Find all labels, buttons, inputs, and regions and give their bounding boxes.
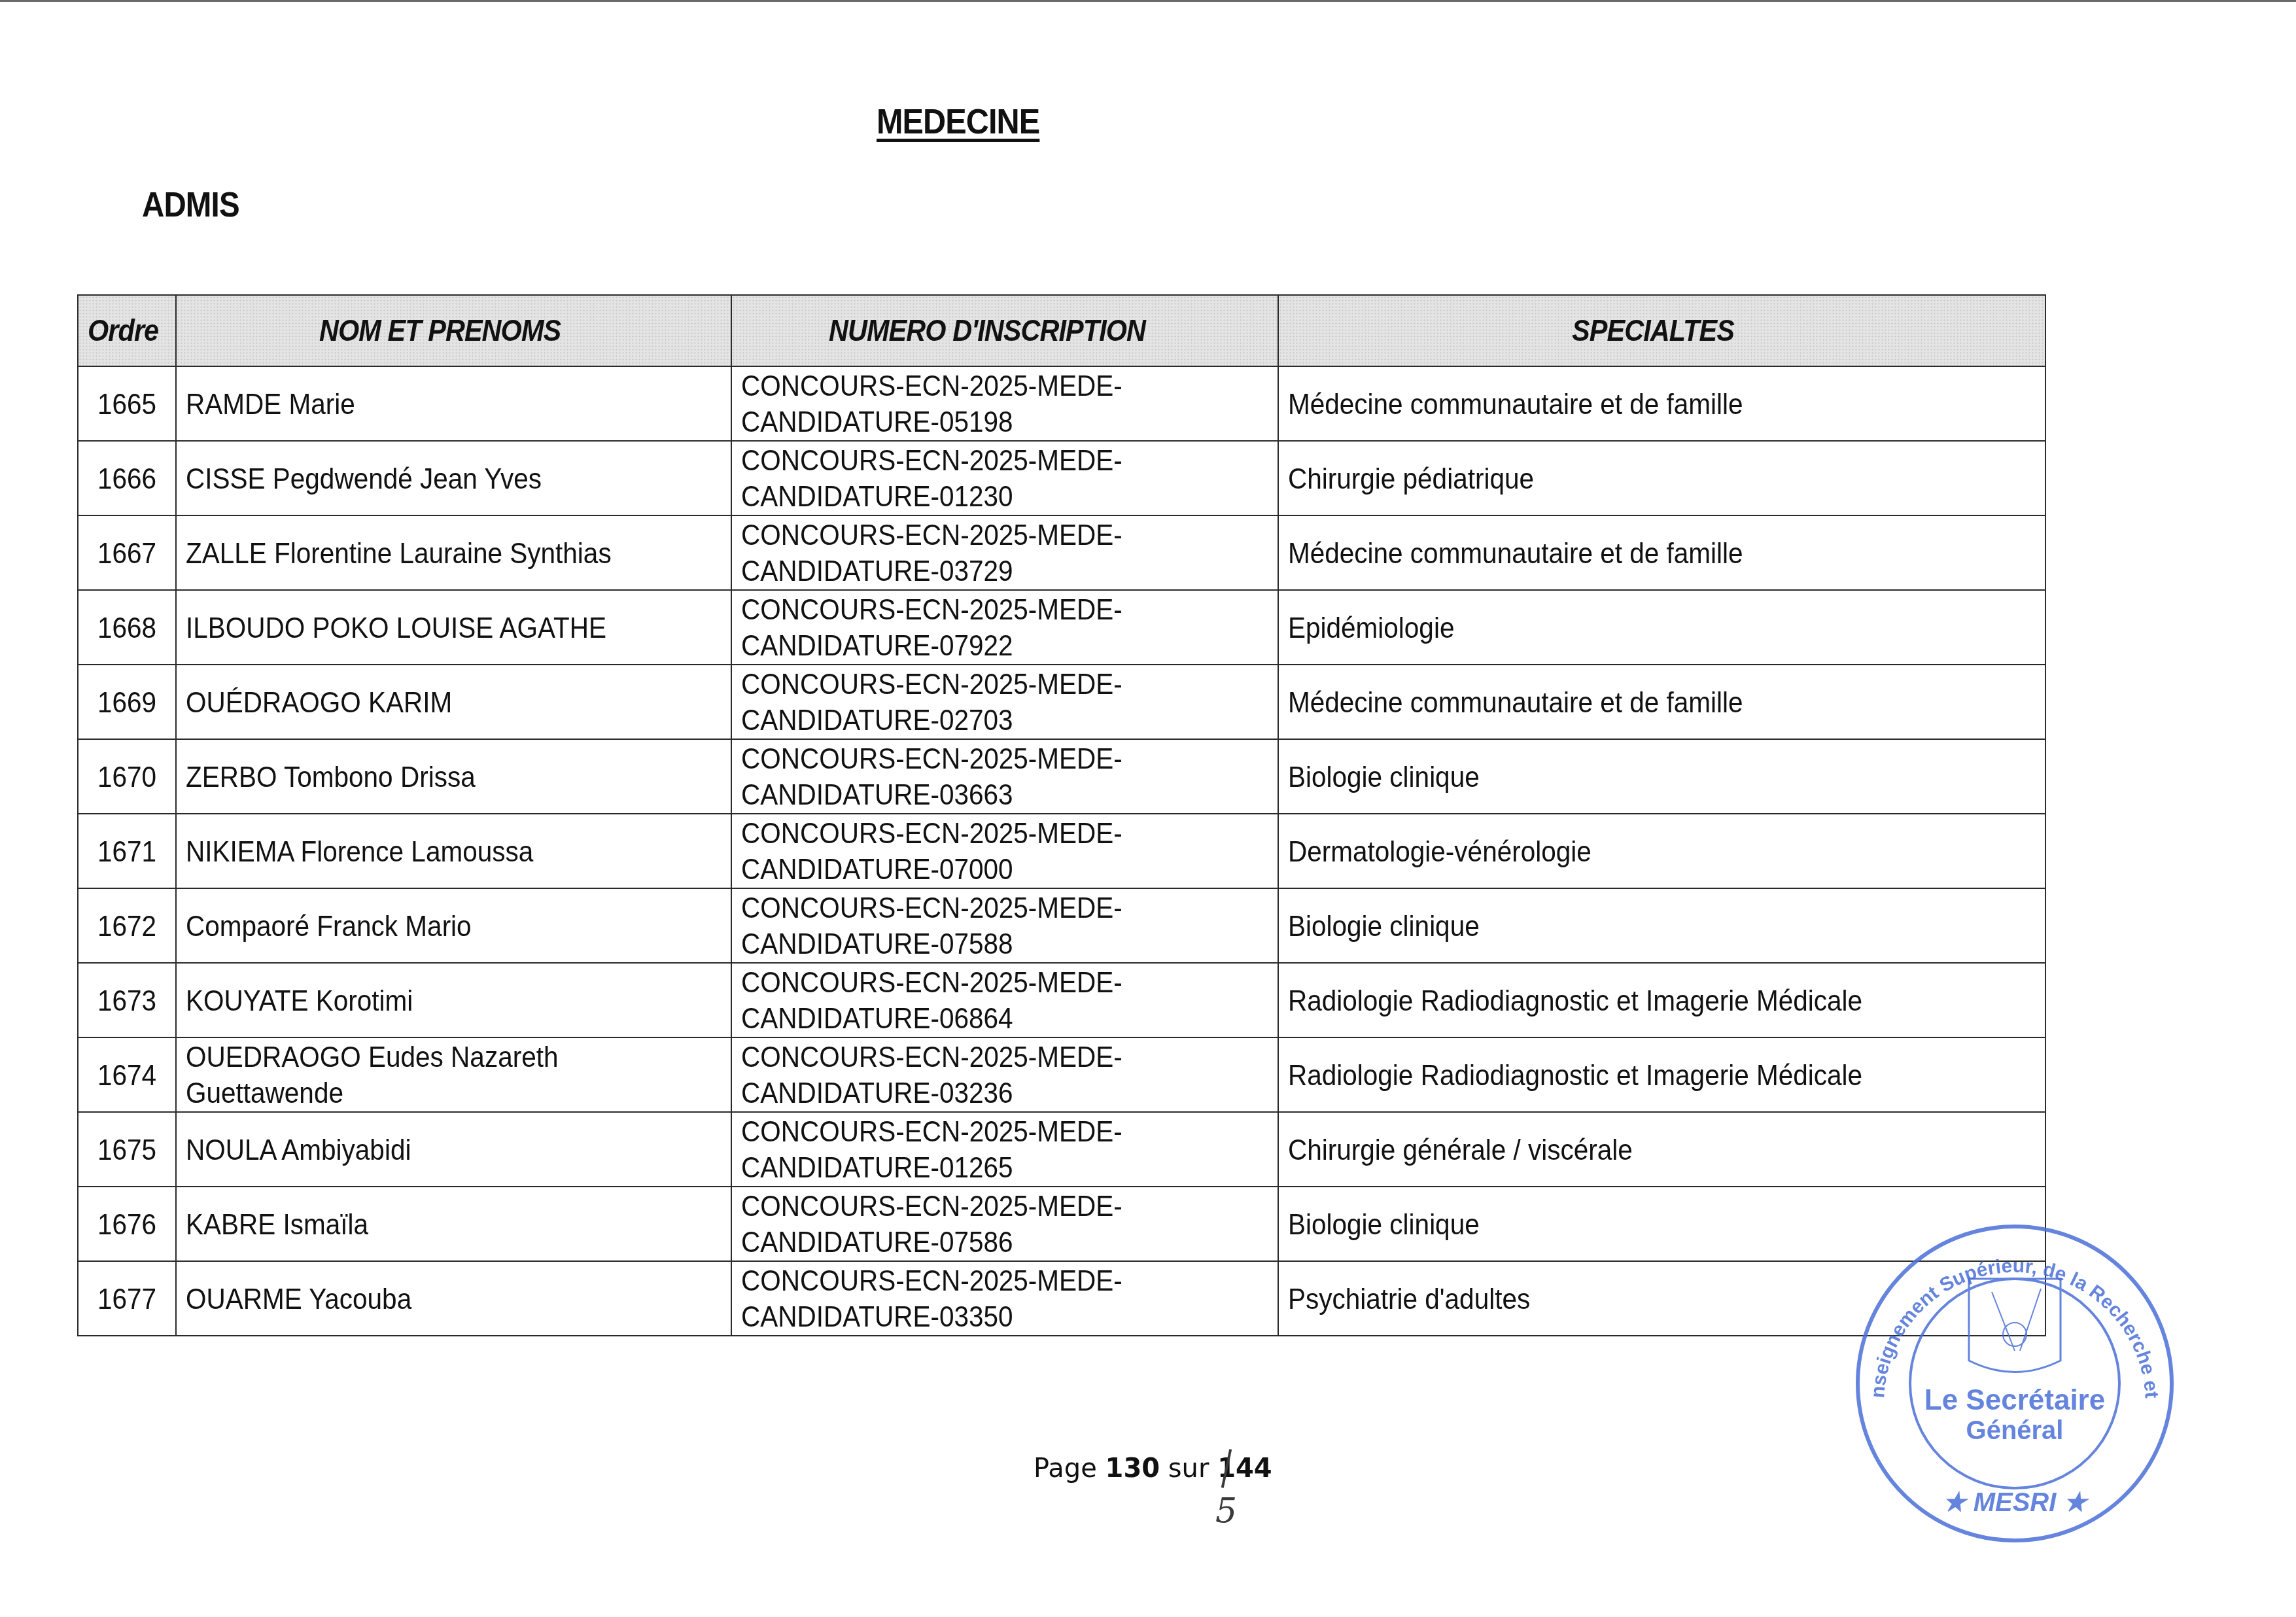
registration-number-cell: CONCOURS-ECN-2025-MEDE- CANDIDATURE-0758… xyxy=(731,888,1278,963)
candidate-name-cell: KABRE Ismaïla xyxy=(176,1187,731,1261)
table-header-row: Ordre NOM ET PRENOMS NUMERO D'INSCRIPTIO… xyxy=(78,295,2045,366)
registration-number-line2: CANDIDATURE-07000 xyxy=(741,851,1013,887)
candidate-name-cell: ZERBO Tombono Drissa xyxy=(176,739,731,814)
candidate-name-line2: Guettawende xyxy=(186,1075,343,1111)
table-row: 1672 Compaoré Franck Mario CONCOURS-ECN-… xyxy=(78,888,2045,963)
svg-text:Ministère de l'Enseignement Su: Ministère de l'Enseignement Supérieur, d… xyxy=(1845,1213,2163,1404)
specialty-cell: Médecine communautaire et de famille xyxy=(1278,366,2045,441)
svg-text:Général: Général xyxy=(1966,1416,2064,1445)
registration-number-line1: CONCOURS-ECN-2025-MEDE- xyxy=(741,964,1122,1000)
ordre-cell: 1677 xyxy=(78,1261,176,1336)
registration-number-cell: CONCOURS-ECN-2025-MEDE- CANDIDATURE-0686… xyxy=(731,963,1278,1037)
table-row: 1665 RAMDE Marie CONCOURS-ECN-2025-MEDE-… xyxy=(78,366,2045,441)
page-sep: sur xyxy=(1168,1453,1209,1484)
ordre-cell: 1668 xyxy=(78,590,176,665)
registration-number-line2: CANDIDATURE-03663 xyxy=(741,776,1013,812)
ordre-cell: 1672 xyxy=(78,888,176,963)
candidate-name: NOULA Ambiyabidi xyxy=(186,1132,411,1168)
ordre-cell: 1665 xyxy=(78,366,176,441)
specialty: Psychiatrie d'adultes xyxy=(1288,1281,1530,1317)
specialty: Chirurgie pédiatrique xyxy=(1288,461,1534,496)
table-row: 1671 NIKIEMA Florence Lamoussa CONCOURS-… xyxy=(78,814,2045,888)
ordre-cell: 1674 xyxy=(78,1037,176,1112)
specialty: Radiologie Radiodiagnostic et Imagerie M… xyxy=(1288,982,1862,1018)
specialty-cell: Biologie clinique xyxy=(1278,739,2045,814)
registration-number-line2: CANDIDATURE-03729 xyxy=(741,553,1013,589)
specialty: Epidémiologie xyxy=(1288,610,1454,646)
registration-number-cell: CONCOURS-ECN-2025-MEDE- CANDIDATURE-0270… xyxy=(731,665,1278,739)
registration-number-line2: CANDIDATURE-05198 xyxy=(741,404,1013,440)
registration-number-line2: CANDIDATURE-01230 xyxy=(741,478,1013,514)
registration-number-cell: CONCOURS-ECN-2025-MEDE- CANDIDATURE-0323… xyxy=(731,1037,1278,1112)
handwritten-correction: 5 xyxy=(1215,1491,1237,1531)
coat-of-arms-icon xyxy=(1969,1279,2061,1372)
specialty-cell: Chirurgie pédiatrique xyxy=(1278,441,2045,515)
specialty-cell: Chirurgie générale / viscérale xyxy=(1278,1112,2045,1187)
candidate-name-cell: OUEDRAOGO Eudes NazarethGuettawende xyxy=(176,1037,731,1112)
specialty: Médecine communautaire et de famille xyxy=(1288,386,1743,422)
registration-number-line1: CONCOURS-ECN-2025-MEDE- xyxy=(741,1262,1122,1298)
specialty: Radiologie Radiodiagnostic et Imagerie M… xyxy=(1288,1057,1862,1093)
registration-number-line1: CONCOURS-ECN-2025-MEDE- xyxy=(741,1188,1122,1224)
specialty-cell: Biologie clinique xyxy=(1278,888,2045,963)
official-stamp: Ministère de l'Enseignement Supérieur, d… xyxy=(1845,1213,2185,1554)
table-row: 1667 ZALLE Florentine Lauraine Synthias … xyxy=(78,515,2045,590)
candidate-name: KOUYATE Korotimi xyxy=(186,982,413,1018)
candidate-name-cell: KOUYATE Korotimi xyxy=(176,963,731,1037)
registration-number-cell: CONCOURS-ECN-2025-MEDE- CANDIDATURE-0792… xyxy=(731,590,1278,665)
admitted-candidates-table: Ordre NOM ET PRENOMS NUMERO D'INSCRIPTIO… xyxy=(77,294,2046,1336)
ordre-cell: 1667 xyxy=(78,515,176,590)
registration-number-cell: CONCOURS-ECN-2025-MEDE- CANDIDATURE-0366… xyxy=(731,739,1278,814)
registration-number-line1: CONCOURS-ECN-2025-MEDE- xyxy=(741,517,1122,553)
registration-number-line1: CONCOURS-ECN-2025-MEDE- xyxy=(741,368,1122,404)
specialty: Biologie clinique xyxy=(1288,908,1480,944)
candidate-name: ZERBO Tombono Drissa xyxy=(186,759,476,795)
table-row: 1676 KABRE Ismaïla CONCOURS-ECN-2025-MED… xyxy=(78,1187,2045,1261)
registration-number-cell: CONCOURS-ECN-2025-MEDE- CANDIDATURE-0123… xyxy=(731,441,1278,515)
document-title: MEDECINE xyxy=(877,101,1030,142)
registration-number-line2: CANDIDATURE-01265 xyxy=(741,1149,1013,1185)
registration-number-cell: CONCOURS-ECN-2025-MEDE- CANDIDATURE-0700… xyxy=(731,814,1278,888)
candidate-name: OUÉDRAOGO KARIM xyxy=(186,684,452,720)
registration-number-line2: CANDIDATURE-03236 xyxy=(741,1075,1013,1111)
header-numero-inscription: NUMERO D'INSCRIPTION xyxy=(731,295,1278,366)
ordre-cell: 1673 xyxy=(78,963,176,1037)
table-row: 1674 OUEDRAOGO Eudes NazarethGuettawende… xyxy=(78,1037,2045,1112)
candidate-name: OUARME Yacouba xyxy=(186,1281,411,1317)
candidate-name: ILBOUDO POKO LOUISE AGATHE xyxy=(186,610,606,646)
table-row: 1677 OUARME Yacouba CONCOURS-ECN-2025-ME… xyxy=(78,1261,2045,1336)
registration-number-line1: CONCOURS-ECN-2025-MEDE- xyxy=(741,591,1122,627)
registration-number-line2: CANDIDATURE-07586 xyxy=(741,1224,1013,1260)
ordre-cell: 1676 xyxy=(78,1187,176,1261)
registration-number-line1: CONCOURS-ECN-2025-MEDE- xyxy=(741,442,1122,478)
candidate-name: OUEDRAOGO Eudes Nazareth xyxy=(186,1039,558,1075)
candidate-name-cell: NOULA Ambiyabidi xyxy=(176,1112,731,1187)
registration-number-line1: CONCOURS-ECN-2025-MEDE- xyxy=(741,1039,1122,1075)
registration-number-line1: CONCOURS-ECN-2025-MEDE- xyxy=(741,1113,1122,1149)
specialty: Médecine communautaire et de famille xyxy=(1288,535,1743,571)
candidate-name-cell: NIKIEMA Florence Lamoussa xyxy=(176,814,731,888)
registration-number-cell: CONCOURS-ECN-2025-MEDE- CANDIDATURE-0126… xyxy=(731,1112,1278,1187)
registration-number-line1: CONCOURS-ECN-2025-MEDE- xyxy=(741,890,1122,926)
page-footer: Page 130 sur 144 xyxy=(1034,1453,1272,1484)
candidate-name-cell: Compaoré Franck Mario xyxy=(176,888,731,963)
page-top-edge xyxy=(0,0,2296,2)
page-current: 130 xyxy=(1105,1453,1160,1484)
candidate-name: ZALLE Florentine Lauraine Synthias xyxy=(186,535,612,571)
registration-number-line1: CONCOURS-ECN-2025-MEDE- xyxy=(741,666,1122,702)
specialty-cell: Dermatologie-vénérologie xyxy=(1278,814,2045,888)
page-label: Page xyxy=(1034,1453,1097,1484)
specialty-cell: Epidémiologie xyxy=(1278,590,2045,665)
registration-number-line1: CONCOURS-ECN-2025-MEDE- xyxy=(741,815,1122,851)
specialty: Biologie clinique xyxy=(1288,1206,1480,1242)
ordre-cell: 1670 xyxy=(78,739,176,814)
candidate-name-cell: CISSE Pegdwendé Jean Yves xyxy=(176,441,731,515)
candidate-name: NIKIEMA Florence Lamoussa xyxy=(186,833,533,869)
svg-text:★ MESRI ★: ★ MESRI ★ xyxy=(1943,1488,2090,1517)
registration-number-cell: CONCOURS-ECN-2025-MEDE- CANDIDATURE-0758… xyxy=(731,1187,1278,1261)
ordre-cell: 1671 xyxy=(78,814,176,888)
ordre-cell: 1675 xyxy=(78,1112,176,1187)
ordre-cell: 1666 xyxy=(78,441,176,515)
candidate-name: Compaoré Franck Mario xyxy=(186,908,472,944)
table-row: 1673 KOUYATE Korotimi CONCOURS-ECN-2025-… xyxy=(78,963,2045,1037)
specialty: Chirurgie générale / viscérale xyxy=(1288,1132,1633,1168)
registration-number-line2: CANDIDATURE-07588 xyxy=(741,926,1013,962)
specialty-cell: Radiologie Radiodiagnostic et Imagerie M… xyxy=(1278,1037,2045,1112)
svg-text:Le Secrétaire: Le Secrétaire xyxy=(1924,1384,2105,1416)
registration-number-line1: CONCOURS-ECN-2025-MEDE- xyxy=(741,740,1122,776)
specialty-cell: Radiologie Radiodiagnostic et Imagerie M… xyxy=(1278,963,2045,1037)
table-row: 1670 ZERBO Tombono Drissa CONCOURS-ECN-2… xyxy=(78,739,2045,814)
candidate-name: CISSE Pegdwendé Jean Yves xyxy=(186,461,542,496)
header-ordre: Ordre xyxy=(78,295,176,366)
registration-number-line2: CANDIDATURE-03350 xyxy=(741,1298,1013,1334)
candidate-name-cell: OUÉDRAOGO KARIM xyxy=(176,665,731,739)
candidate-name: RAMDE Marie xyxy=(186,386,355,422)
candidate-name-cell: ZALLE Florentine Lauraine Synthias xyxy=(176,515,731,590)
registration-number-cell: CONCOURS-ECN-2025-MEDE- CANDIDATURE-0519… xyxy=(731,366,1278,441)
registration-number-cell: CONCOURS-ECN-2025-MEDE- CANDIDATURE-0335… xyxy=(731,1261,1278,1336)
table-row: 1666 CISSE Pegdwendé Jean Yves CONCOURS-… xyxy=(78,441,2045,515)
ordre-cell: 1669 xyxy=(78,665,176,739)
specialty-cell: Médecine communautaire et de famille xyxy=(1278,665,2045,739)
stamp-inner-ring xyxy=(1910,1279,2119,1488)
header-specialites: SPECIALTES xyxy=(1278,295,2045,366)
candidate-name: KABRE Ismaïla xyxy=(186,1206,368,1242)
specialty: Biologie clinique xyxy=(1288,759,1480,795)
registration-number-line2: CANDIDATURE-02703 xyxy=(741,702,1013,738)
section-title: ADMIS xyxy=(142,184,239,225)
registration-number-line2: CANDIDATURE-07922 xyxy=(741,627,1013,663)
registration-number-cell: CONCOURS-ECN-2025-MEDE- CANDIDATURE-0372… xyxy=(731,515,1278,590)
table-row: 1675 NOULA Ambiyabidi CONCOURS-ECN-2025-… xyxy=(78,1112,2045,1187)
registration-number-line2: CANDIDATURE-06864 xyxy=(741,1000,1013,1036)
candidate-name-cell: RAMDE Marie xyxy=(176,366,731,441)
candidate-name-cell: OUARME Yacouba xyxy=(176,1261,731,1336)
specialty: Dermatologie-vénérologie xyxy=(1288,833,1592,869)
header-nom-prenoms: NOM ET PRENOMS xyxy=(176,295,731,366)
table-row: 1668 ILBOUDO POKO LOUISE AGATHE CONCOURS… xyxy=(78,590,2045,665)
table-row: 1669 OUÉDRAOGO KARIM CONCOURS-ECN-2025-M… xyxy=(78,665,2045,739)
specialty: Médecine communautaire et de famille xyxy=(1288,684,1743,720)
specialty-cell: Médecine communautaire et de famille xyxy=(1278,515,2045,590)
candidate-name-cell: ILBOUDO POKO LOUISE AGATHE xyxy=(176,590,731,665)
